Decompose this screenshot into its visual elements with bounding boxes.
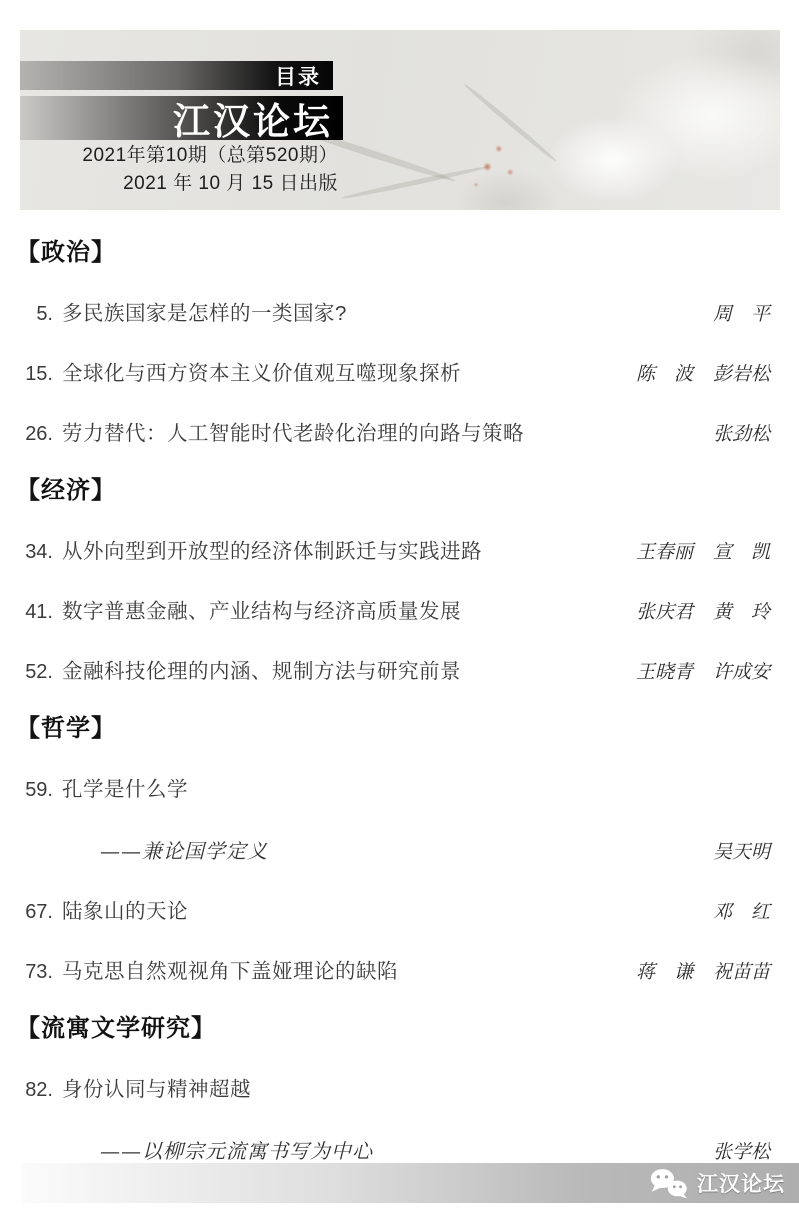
article-page-number: 59.	[16, 777, 53, 804]
article-authors: 张庆君 黄 玲	[636, 599, 770, 626]
section-header-politics: 【政治】	[16, 238, 770, 268]
article-title: 金融科技伦理的内涵、规制方法与研究前景	[62, 658, 461, 685]
footer-wechat-label: 江汉论坛	[697, 1168, 785, 1198]
flower-art-decoration	[462, 82, 557, 163]
article-row: 73. 马克思自然观视角下盖娅理论的缺陷 蒋 谦 祝苗苗	[16, 958, 770, 986]
article-row: 26. 劳力替代：人工智能时代老龄化治理的向路与策略 张劲松	[16, 420, 770, 448]
article-subtitle-row: ——兼论国学定义 吴天明	[16, 838, 770, 866]
wechat-icon	[649, 1167, 689, 1200]
article-title: 劳力替代：人工智能时代老龄化治理的向路与策略	[62, 420, 524, 447]
author-name: 张学松	[713, 1139, 770, 1166]
article-subtitle: ——以柳宗元流寓书写为中心	[100, 1138, 373, 1165]
author-name: 蒋 谦	[636, 959, 693, 986]
author-name: 张劲松	[713, 421, 770, 448]
article-row: 59. 孔学是什么学	[16, 776, 770, 804]
article-title: 从外向型到开放型的经济体制跃迁与实践进路	[62, 538, 482, 565]
article-authors: 邓 红	[713, 899, 770, 926]
article-row: 15. 全球化与西方资本主义价值观互噬现象探析 陈 波 彭岩松	[16, 360, 770, 388]
journal-title-bar: 江汉论坛	[20, 96, 343, 140]
author-name: 邓 红	[713, 899, 770, 926]
article-title: 数字普惠金融、产业结构与经济高质量发展	[62, 598, 461, 625]
author-name: 许成安	[713, 659, 770, 686]
article-title: 多民族国家是怎样的一类国家?	[62, 300, 347, 327]
article-page-number: 34.	[16, 539, 53, 566]
author-name: 王春丽	[636, 539, 693, 566]
article-page-number: 26.	[16, 421, 53, 448]
journal-name: 江汉论坛	[173, 91, 333, 145]
article-page-number: 67.	[16, 899, 53, 926]
article-page-number: 52.	[16, 659, 53, 686]
author-name: 宣 凯	[713, 539, 770, 566]
issue-number: 2021年第10期（总第520期）	[20, 145, 338, 167]
article-title: 身份认同与精神超越	[62, 1076, 251, 1103]
toc-list: 【政治】 5. 多民族国家是怎样的一类国家? 周 平 15. 全球化与西方资本主…	[0, 210, 799, 1166]
article-page-number: 82.	[16, 1077, 53, 1104]
header-banner: 目录 江汉论坛 2021年第10期（总第520期） 2021 年 10 月 15…	[20, 30, 780, 210]
article-row: 82. 身份认同与精神超越	[16, 1076, 770, 1104]
author-name: 王晓青	[636, 659, 693, 686]
article-authors: 吴天明	[713, 839, 770, 866]
author-name: 祝苗苗	[713, 959, 770, 986]
author-name: 彭岩松	[713, 361, 770, 388]
toc-label: 目录	[275, 61, 321, 91]
author-name: 黄 玲	[713, 599, 770, 626]
publication-info: 2021年第10期（总第520期） 2021 年 10 月 15 日出版	[20, 145, 338, 195]
article-title: 全球化与西方资本主义价值观互噬现象探析	[62, 360, 461, 387]
article-page-number: 73.	[16, 959, 53, 986]
article-subtitle-row: ——以柳宗元流寓书写为中心 张学松	[16, 1138, 770, 1166]
author-name: 周 平	[713, 301, 770, 328]
author-name: 吴天明	[713, 839, 770, 866]
article-title: 陆象山的天论	[62, 898, 188, 925]
toc-label-bar: 目录	[20, 61, 333, 90]
footer-bar: 江汉论坛	[22, 1163, 799, 1203]
article-row: 34. 从外向型到开放型的经济体制跃迁与实践进路 王春丽 宣 凯	[16, 538, 770, 566]
section-header-economics: 【经济】	[16, 476, 770, 506]
article-authors: 王春丽 宣 凯	[636, 539, 770, 566]
publish-date: 2021 年 10 月 15 日出版	[20, 173, 338, 195]
article-row: 41. 数字普惠金融、产业结构与经济高质量发展 张庆君 黄 玲	[16, 598, 770, 626]
article-row: 5. 多民族国家是怎样的一类国家? 周 平	[16, 300, 770, 328]
article-authors: 陈 波 彭岩松	[636, 361, 770, 388]
article-title: 孔学是什么学	[62, 776, 188, 803]
article-row: 52. 金融科技伦理的内涵、规制方法与研究前景 王晓青 许成安	[16, 658, 770, 686]
article-title: 马克思自然观视角下盖娅理论的缺陷	[62, 958, 398, 985]
article-page-number: 5.	[16, 301, 53, 328]
article-authors: 张学松	[713, 1139, 770, 1166]
article-subtitle: ——兼论国学定义	[100, 838, 268, 865]
journal-toc-page: 目录 江汉论坛 2021年第10期（总第520期） 2021 年 10 月 15…	[0, 0, 799, 1226]
author-name: 张庆君	[636, 599, 693, 626]
article-authors: 张劲松	[713, 421, 770, 448]
article-authors: 蒋 谦 祝苗苗	[636, 959, 770, 986]
article-page-number: 15.	[16, 361, 53, 388]
author-name: 陈 波	[636, 361, 693, 388]
article-authors: 周 平	[713, 301, 770, 328]
article-page-number: 41.	[16, 599, 53, 626]
article-authors: 王晓青 许成安	[636, 659, 770, 686]
article-row: 67. 陆象山的天论 邓 红	[16, 898, 770, 926]
section-header-philosophy: 【哲学】	[16, 714, 770, 744]
section-header-liuyu-literature: 【流寓文学研究】	[16, 1014, 770, 1044]
